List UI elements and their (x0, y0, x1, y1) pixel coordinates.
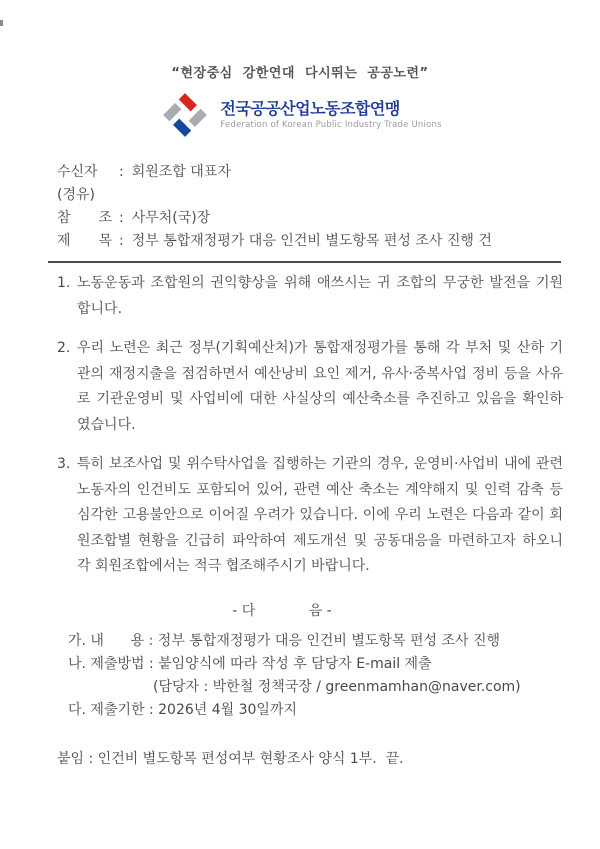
letterhead: “현장중심 강한연대 다시뛰는 공공노련” 전국공공산업노동조합연맹 Feder… (0, 0, 600, 141)
org-name-english: Federation of Korean Public Industry Tra… (220, 120, 441, 131)
reference-label: 참 조 (57, 207, 112, 230)
paragraph-3: 3. 특히 보조사업 및 위수탁사업을 집행하는 기관의 경우, 운영비·사업비… (57, 452, 563, 580)
paragraph-2: 2. 우리 노련은 최근 정부(기획예산처)가 통합재정평가를 통해 각 부처 … (57, 336, 563, 438)
via-field: (경유) (57, 184, 563, 207)
recipient-label: 수신자 (57, 161, 112, 184)
paragraph-number: 3. (57, 452, 77, 580)
paragraph-text: 우리 노련은 최근 정부(기획예산처)가 통합재정평가를 통해 각 부처 및 산… (77, 336, 563, 438)
logo-gray-facet-left (163, 103, 181, 121)
recipient-field: 수신자:회원조합 대표자 (57, 161, 563, 184)
document-page: “현장중심 강한연대 다시뛰는 공공노련” 전국공공산업노동조합연맹 Feder… (0, 0, 600, 849)
item-deadline: 다. 제출기한 : 2026년 4월 30일까지 (68, 699, 563, 722)
subject-divider-rule (48, 261, 561, 263)
item-content: 가. 내 용 : 정부 통합재정평가 대응 인건비 별도항목 편성 조사 진행 (68, 630, 563, 653)
subject-value: 정부 통합재정평가 대응 인건비 별도항목 편성 조사 진행 건 (132, 233, 492, 249)
daeum-section-divider: - 다 음 - (57, 600, 563, 622)
recipient-value: 회원조합 대표자 (132, 164, 231, 180)
paragraph-number: 2. (57, 336, 77, 438)
via-label: (경유) (57, 187, 95, 203)
item-method: 나. 제출방법 : 붙임양식에 따라 작성 후 담당자 E-mail 제출 (68, 653, 563, 676)
logo-blue-facet (173, 119, 191, 137)
address-fields: 수신자:회원조합 대표자 (경유) 참 조:사무처(국)장 제 목:정부 통합재… (57, 161, 563, 253)
paragraph-1: 1. 노동운동과 조합원의 권익향상을 위해 애쓰시는 귀 조합의 무궁한 발전… (57, 271, 563, 322)
letter-body: 1. 노동운동과 조합원의 권익향상을 위해 애쓰시는 귀 조합의 무궁한 발전… (57, 271, 563, 771)
org-name: 전국공공산업노동조합연맹 (220, 99, 441, 118)
attachment-note: 붙임 : 인건비 별도항목 편성여부 현황조사 양식 1부. 끝. (57, 748, 563, 771)
field-colon: : (119, 207, 124, 230)
field-colon: : (119, 161, 124, 184)
org-logo-row: 전국공공산업노동조합연맹 Federation of Korean Public… (0, 89, 600, 141)
scan-artifact (0, 20, 3, 26)
paragraph-text: 노동운동과 조합원의 권익향상을 위해 애쓰시는 귀 조합의 무궁한 발전을 기… (77, 271, 563, 322)
item-contact: (담당자 : 박한철 정책국장 / greenmamhan@naver.com) (153, 676, 563, 699)
org-name-block: 전국공공산업노동조합연맹 Federation of Korean Public… (220, 99, 441, 131)
slogan-text: “현장중심 강한연대 다시뛰는 공공노련” (0, 64, 600, 84)
paragraph-text: 특히 보조사업 및 위수탁사업을 집행하는 기관의 경우, 운영비·사업비 내에… (77, 452, 563, 580)
reference-field: 참 조:사무처(국)장 (57, 207, 563, 230)
subject-label: 제 목 (57, 230, 112, 253)
subject-field: 제 목:정부 통합재정평가 대응 인건비 별도항목 편성 조사 진행 건 (57, 230, 563, 253)
org-logo-pinwheel-icon (158, 89, 212, 141)
detail-items: 가. 내 용 : 정부 통합재정평가 대응 인건비 별도항목 편성 조사 진행 … (68, 630, 563, 722)
logo-gray-facet-right (189, 109, 207, 127)
reference-value: 사무처(국)장 (132, 210, 211, 226)
logo-red-facet (179, 93, 197, 111)
paragraph-number: 1. (57, 271, 77, 322)
field-colon: : (119, 230, 124, 253)
